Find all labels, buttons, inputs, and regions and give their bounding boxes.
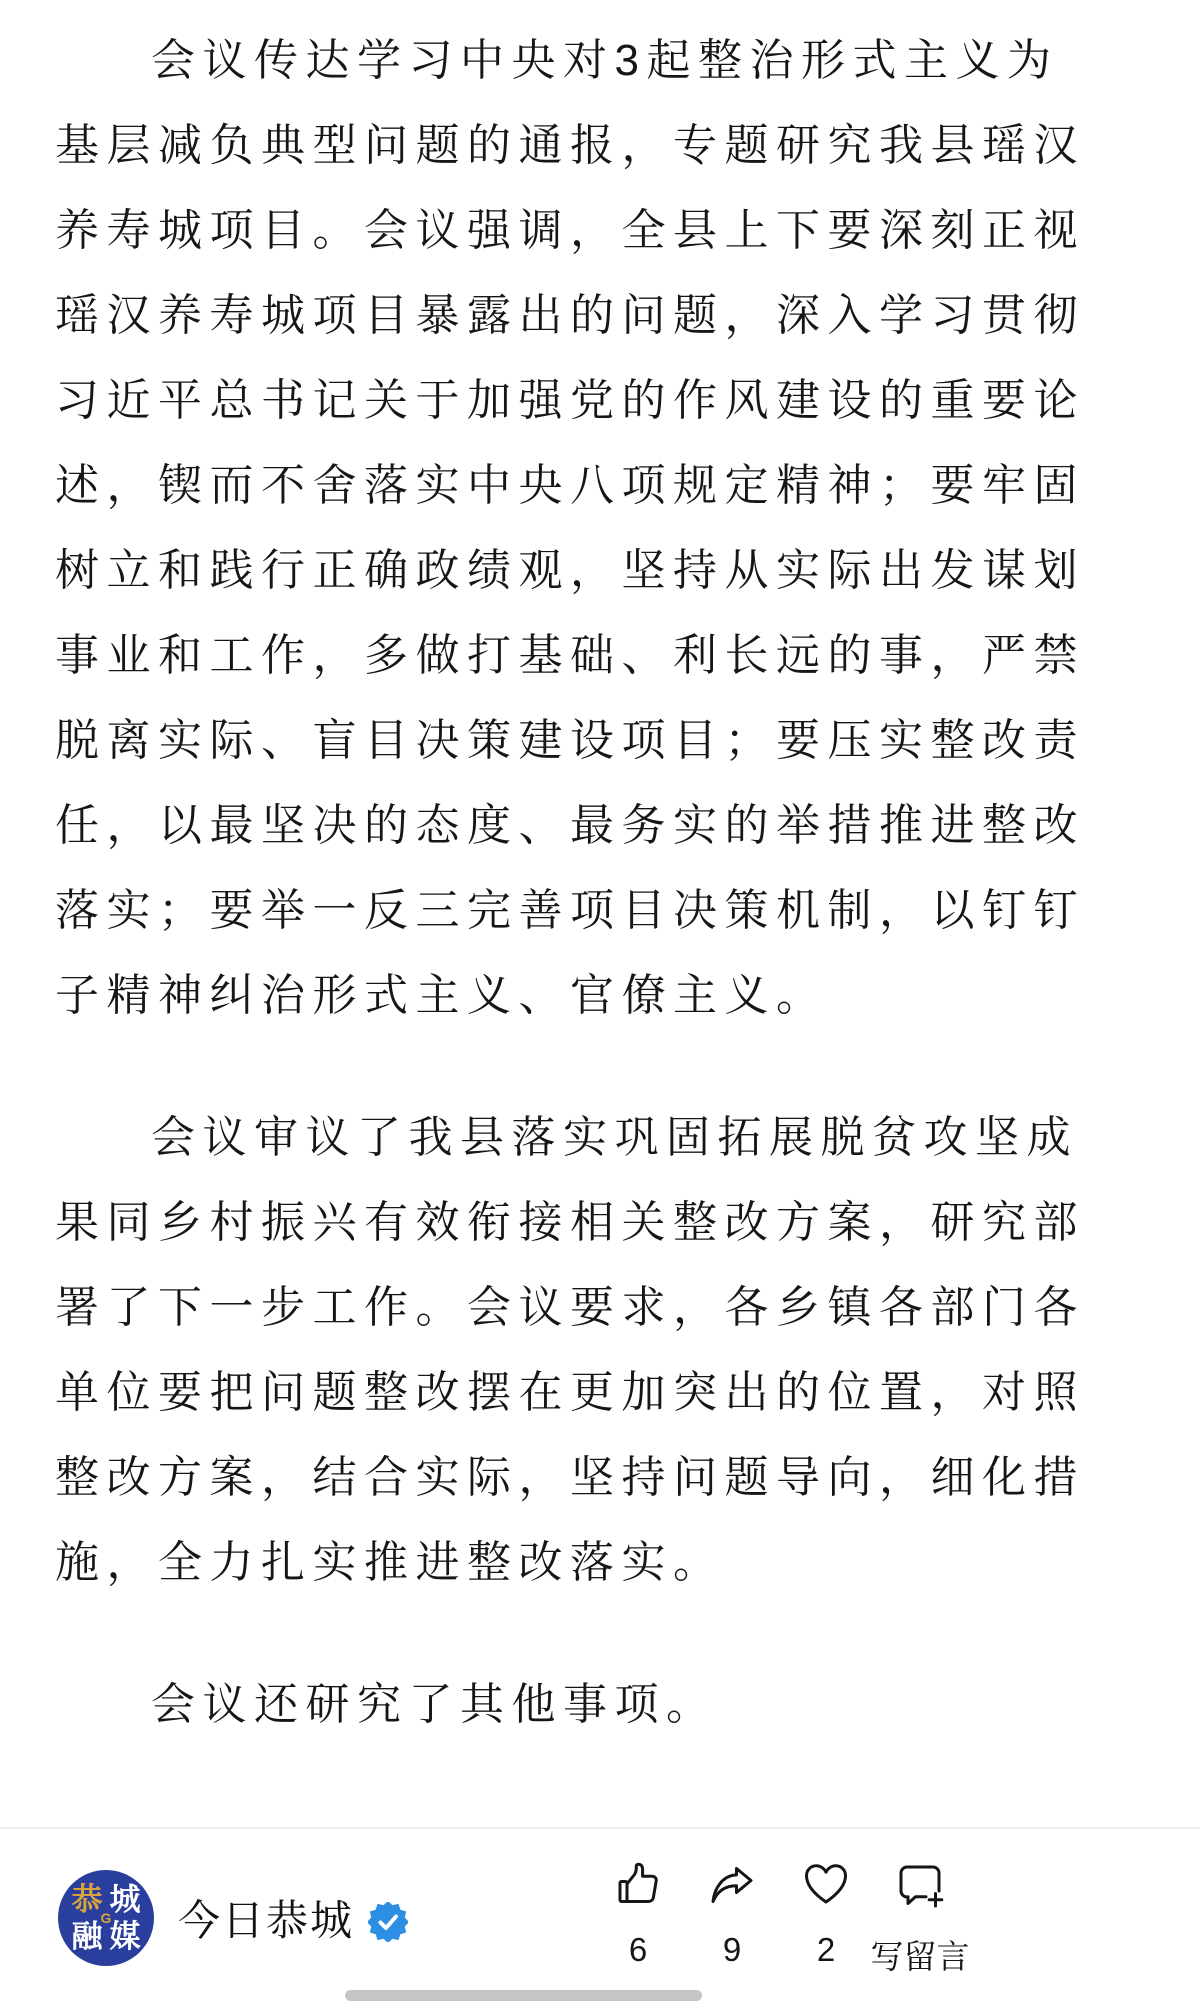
comment-plus-icon — [896, 1861, 944, 1909]
article-paragraph: 会议还研究了其他事项。 — [55, 1662, 1165, 1747]
scrollbar-thumb[interactable] — [345, 1990, 702, 2001]
account-name[interactable]: 今日恭城 — [178, 1888, 354, 1948]
article-line: 任，以最坚决的态度、最务实的举措推进整改 — [55, 783, 1165, 868]
article-body: 会议传达学习中央对3起整治形式主义为 基层减负典型问题的通报，专题研究我县瑶汉 … — [55, 18, 1165, 1747]
article-line: 子精神纠治形式主义、官僚主义。 — [55, 953, 1165, 1038]
avatar-char: 城 — [106, 1881, 144, 1918]
favorite-button[interactable]: 2 — [779, 1861, 873, 1978]
article-line: 会议还研究了其他事项。 — [55, 1662, 1165, 1747]
article-line: 习近平总书记关于加强党的作风建设的重要论 — [55, 358, 1165, 443]
article-line: 会议审议了我县落实巩固拓展脱贫攻坚成 — [55, 1095, 1165, 1180]
article-line: 落实；要举一反三完善项目决策机制，以钉钉 — [55, 868, 1165, 953]
favorite-count: 2 — [817, 1931, 835, 1969]
avatar-char: 媒 — [106, 1918, 144, 1955]
article-line: 署了下一步工作。会议要求，各乡镇各部门各 — [55, 1265, 1165, 1350]
heart-icon — [802, 1861, 850, 1909]
account-row[interactable]: 恭 城 融 媒 G 今日恭城 — [58, 1870, 408, 1966]
share-button[interactable]: 9 — [685, 1861, 779, 1978]
article-line: 会议传达学习中央对3起整治形式主义为 — [55, 18, 1165, 103]
action-bar: 6 9 2 写留言 — [591, 1861, 967, 1978]
article-line: 整改方案，结合实际，坚持问题导向，细化措 — [55, 1435, 1165, 1520]
share-count: 9 — [723, 1931, 741, 1969]
article-line: 脱离实际、盲目决策建设项目；要压实整改责 — [55, 698, 1165, 783]
like-button[interactable]: 6 — [591, 1861, 685, 1978]
article-line: 施，全力扎实推进整改落实。 — [55, 1520, 1165, 1605]
article-paragraph: 会议传达学习中央对3起整治形式主义为 基层减负典型问题的通报，专题研究我县瑶汉 … — [55, 18, 1165, 1038]
avatar-center-mark: G — [101, 1910, 112, 1926]
article-paragraph: 会议审议了我县落实巩固拓展脱贫攻坚成 果同乡村振兴有效衔接相关整改方案，研究部 … — [55, 1095, 1165, 1605]
comment-label: 写留言 — [871, 1931, 970, 1978]
footer-divider — [0, 1827, 1200, 1829]
article-line: 基层减负典型问题的通报，专题研究我县瑶汉 — [55, 103, 1165, 188]
article-line: 果同乡村振兴有效衔接相关整改方案，研究部 — [55, 1180, 1165, 1265]
share-icon — [708, 1861, 756, 1909]
comment-button[interactable]: 写留言 — [873, 1861, 967, 1978]
like-count: 6 — [629, 1931, 647, 1969]
article-line: 事业和工作，多做打基础、利长远的事，严禁 — [55, 613, 1165, 698]
article-line: 瑶汉养寿城项目暴露出的问题，深入学习贯彻 — [55, 273, 1165, 358]
account-avatar[interactable]: 恭 城 融 媒 G — [58, 1870, 154, 1966]
thumbs-up-icon — [614, 1861, 662, 1909]
article-line: 单位要把问题整改摆在更加突出的位置，对照 — [55, 1350, 1165, 1435]
verified-badge-icon — [368, 1902, 408, 1942]
article-line: 养寿城项目。会议强调，全县上下要深刻正视 — [55, 188, 1165, 273]
article-line: 树立和践行正确政绩观，坚持从实际出发谋划 — [55, 528, 1165, 613]
article-line: 述，锲而不舍落实中央八项规定精神；要牢固 — [55, 443, 1165, 528]
